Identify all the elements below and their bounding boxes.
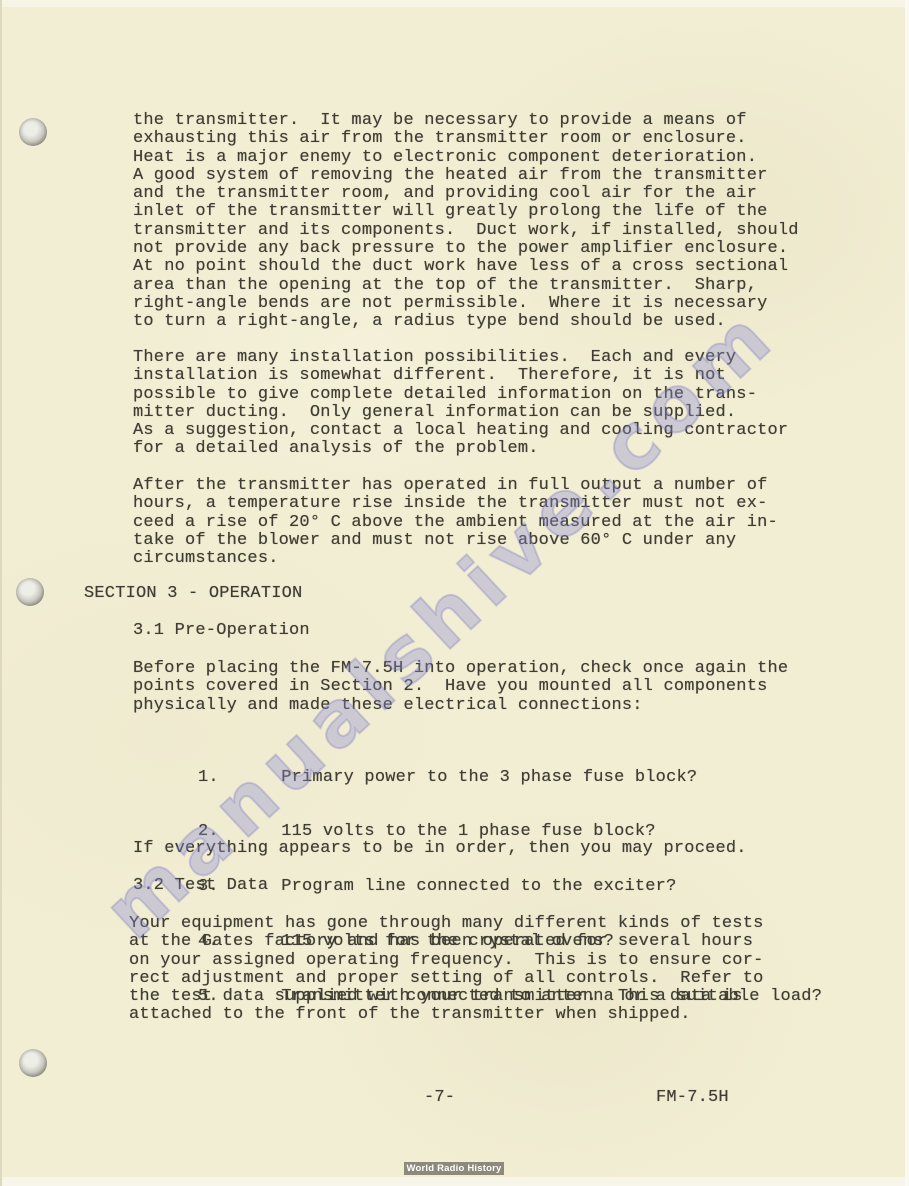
section-3-heading: SECTION 3 - OPERATION xyxy=(84,585,302,603)
paragraph-ducting: the transmitter. It may be necessary to … xyxy=(133,112,799,332)
scan-edge-top xyxy=(0,0,909,7)
subsection-3-2-heading: 3.2 Test Data xyxy=(133,877,268,895)
punch-hole-middle xyxy=(16,578,44,606)
paragraph-installation: There are many installation possibilitie… xyxy=(133,349,788,459)
punch-hole-top xyxy=(19,118,47,146)
paragraph-temperature-rise: After the transmitter has operated in fu… xyxy=(133,477,778,568)
scanned-manual-page: the transmitter. It may be necessary to … xyxy=(0,0,909,1186)
world-radio-history-badge: World Radio History xyxy=(404,1162,504,1175)
subsection-3-1-heading: 3.1 Pre-Operation xyxy=(133,622,310,640)
pre-operation-intro: Before placing the FM-7.5H into operatio… xyxy=(133,660,788,715)
scan-edge-left xyxy=(0,0,2,1186)
scan-edge-bottom xyxy=(0,1177,909,1186)
checklist-item-3: 3. Program line connected to the exciter… xyxy=(198,878,822,896)
scan-edge-right xyxy=(905,0,909,1186)
checklist-item-1: 1. Primary power to the 3 phase fuse blo… xyxy=(198,769,822,787)
page-number: -7- xyxy=(424,1089,455,1107)
proceed-line: If everything appears to be in order, th… xyxy=(133,840,747,858)
test-data-paragraph: Your equipment has gone through many dif… xyxy=(129,915,764,1025)
document-model-id: FM-7.5H xyxy=(656,1089,729,1107)
punch-hole-bottom xyxy=(19,1049,47,1077)
